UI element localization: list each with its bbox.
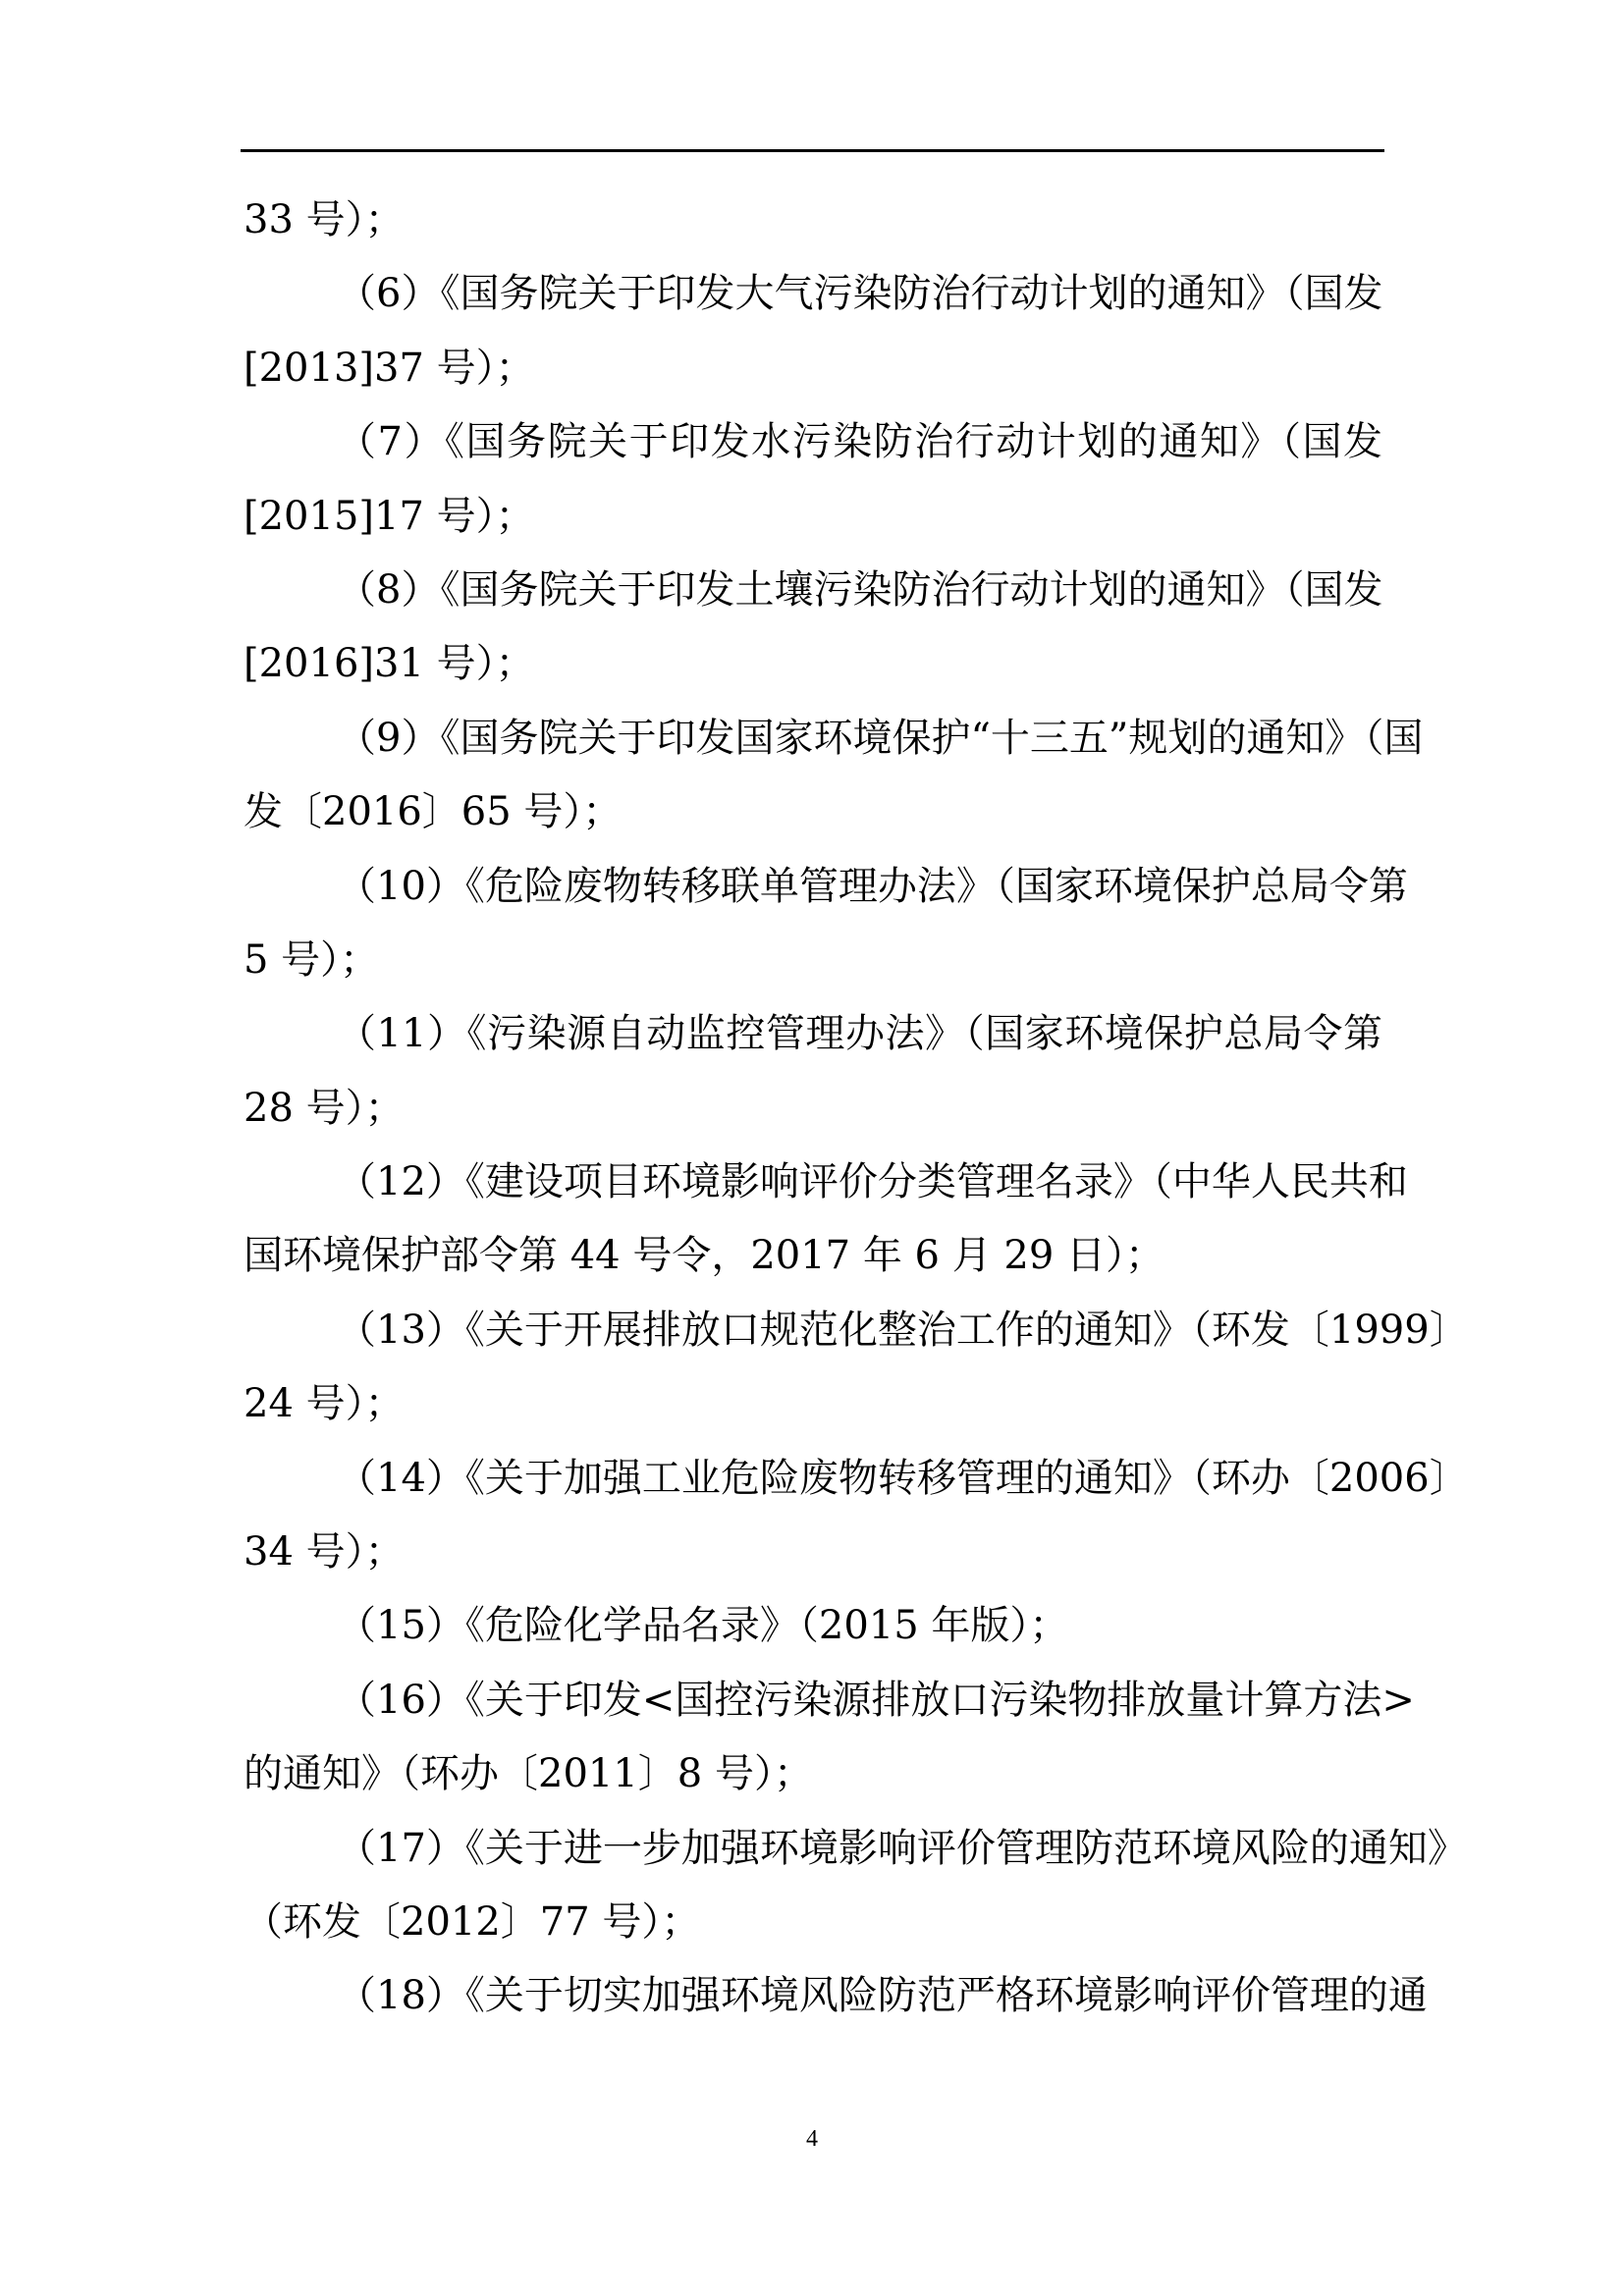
reference-line: 33 号）； — [244, 184, 1382, 257]
reference-line: [2016]31 号）； — [244, 627, 1382, 701]
reference-item-16: （16）《关于印发<国控污染源排放口污染物排放量计算方法> — [244, 1664, 1382, 1737]
reference-line: 发〔2016〕65 号）； — [244, 775, 1382, 849]
reference-line: 国环境保护部令第 44 号令，2017 年 6 月 29 日）； — [244, 1219, 1382, 1293]
reference-line: 5 号）； — [244, 924, 1382, 997]
reference-line: [2015]17 号）； — [244, 480, 1382, 554]
reference-item-14: （14）《关于加强工业危险废物转移管理的通知》（环办〔2006〕 — [244, 1442, 1382, 1516]
reference-item-6: （6）《国务院关于印发大气污染防治行动计划的通知》（国发 — [244, 257, 1382, 331]
reference-line: 的通知》（环办〔2011〕8 号）； — [244, 1737, 1382, 1811]
reference-item-11: （11）《污染源自动监控管理办法》（国家环境保护总局令第 — [244, 997, 1382, 1071]
reference-line: （环发〔2012〕77 号）； — [244, 1886, 1382, 1959]
reference-item-10: （10）《危险废物转移联单管理办法》（国家环境保护总局令第 — [244, 850, 1382, 924]
reference-item-17: （17）《关于进一步加强环境影响评价管理防范环境风险的通知》 — [244, 1812, 1382, 1886]
reference-line: 24 号）； — [244, 1367, 1382, 1441]
header-rule — [241, 149, 1384, 152]
reference-item-13: （13）《关于开展排放口规范化整治工作的通知》（环发〔1999〕 — [244, 1294, 1382, 1367]
reference-line: 28 号）； — [244, 1072, 1382, 1146]
reference-line: [2013]37 号）； — [244, 332, 1382, 405]
reference-item-18: （18）《关于切实加强环境风险防范严格环境影响评价管理的通 — [244, 1959, 1382, 2033]
reference-line: 34 号）； — [244, 1516, 1382, 1589]
page-number: 4 — [0, 2124, 1624, 2154]
reference-item-12: （12）《建设项目环境影响评价分类管理名录》（中华人民共和 — [244, 1146, 1382, 1219]
reference-list: 33 号）； （6）《国务院关于印发大气污染防治行动计划的通知》（国发 [201… — [244, 184, 1382, 2034]
reference-item-8: （8）《国务院关于印发土壤污染防治行动计划的通知》（国发 — [244, 554, 1382, 627]
reference-item-7: （7）《国务院关于印发水污染防治行动计划的通知》（国发 — [244, 405, 1382, 479]
reference-item-15: （15）《危险化学品名录》（2015 年版）； — [244, 1589, 1382, 1663]
reference-item-9: （9）《国务院关于印发国家环境保护“十三五”规划的通知》（国 — [244, 702, 1382, 775]
